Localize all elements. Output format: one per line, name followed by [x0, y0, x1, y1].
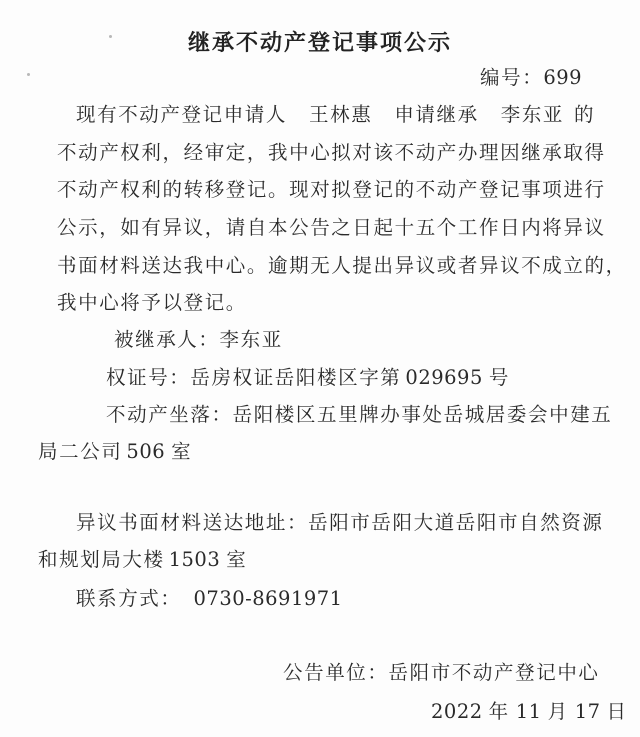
body-line-6: 我中心将予以登记。: [57, 291, 247, 315]
serial-number: 编号：699: [480, 66, 582, 90]
certificate-label: 权证号：: [106, 366, 190, 389]
location-line1: 岳阳楼区五里牌办事处岳城居委会中建五: [233, 403, 613, 426]
date-year: 2022: [431, 700, 483, 723]
location-room: 506: [126, 440, 165, 463]
date-year-unit: 年: [489, 700, 510, 723]
issuer-label: 公告单位：: [283, 661, 389, 684]
contact-label: 联系方式：: [76, 587, 182, 610]
contact-info: 联系方式：0730-8691971: [76, 587, 343, 611]
body-line1-mid: 申请继承: [394, 103, 478, 126]
certificate-suffix: 号: [489, 366, 510, 389]
date-month: 11: [516, 700, 542, 723]
notice-page: 继承不动产登记事项公示 编号：699 现有不动产登记申请人王林惠申请继承李东亚的…: [0, 0, 640, 737]
address-line2-prefix: 和规划局大楼: [38, 548, 165, 571]
body-line-1: 现有不动产登记申请人王林惠申请继承李东亚的: [76, 103, 595, 127]
location-line2-prefix: 局二公司: [38, 440, 122, 463]
decedent-value: 李东亚: [220, 328, 283, 351]
address-line1: 岳阳市岳阳大道岳阳市自然资源: [308, 511, 603, 534]
address-label: 异议书面材料送达地址：: [76, 511, 308, 534]
issuer-name: 岳阳市不动产登记中心: [389, 661, 600, 684]
body-line-5: 书面材料送达我中心。逾期无人提出异议或者异议不成立的，: [57, 254, 627, 278]
body-line-4: 公示，如有异议，请自本公告之日起十五个工作日内将异议: [57, 216, 606, 240]
scan-speck: [27, 73, 30, 76]
date-month-unit: 月: [548, 700, 569, 723]
objection-address: 异议书面材料送达地址：岳阳市岳阳大道岳阳市自然资源: [76, 511, 604, 535]
contact-phone: 0730-8691971: [194, 587, 343, 610]
field-certificate: 权证号：岳房权证岳阳楼区字第029695号: [106, 366, 510, 390]
serial-value: 699: [543, 66, 582, 89]
body-line-3: 不动产权利的转移登记。现对拟登记的不动产登记事项进行: [57, 178, 606, 202]
document-title: 继承不动产登记事项公示: [0, 26, 640, 57]
decedent-name: 李东亚: [501, 103, 564, 126]
address-line2-suffix: 室: [226, 548, 247, 571]
address-room: 1503: [169, 548, 221, 571]
objection-address-cont: 和规划局大楼1503室: [38, 548, 247, 572]
certificate-number: 029695: [405, 366, 482, 389]
location-line2-suffix: 室: [171, 440, 192, 463]
issuer: 公告单位：岳阳市不动产登记中心: [283, 661, 600, 685]
body-line1-suffix: 的: [574, 103, 595, 126]
field-decedent: 被继承人：李东亚: [114, 328, 283, 352]
serial-label: 编号：: [480, 66, 543, 89]
certificate-prefix: 岳房权证岳阳楼区字第: [190, 366, 401, 389]
applicant-name: 王林惠: [309, 103, 372, 126]
location-label: 不动产坐落：: [106, 403, 233, 426]
date-day: 17: [575, 700, 601, 723]
body-line1-prefix: 现有不动产登记申请人: [76, 103, 287, 126]
field-location: 不动产坐落：岳阳楼区五里牌办事处岳城居委会中建五: [106, 403, 612, 427]
date-day-unit: 日: [607, 700, 628, 723]
decedent-label: 被继承人：: [114, 328, 220, 351]
field-location-cont: 局二公司506室: [38, 440, 192, 464]
body-line-2: 不动产权利，经审定，我中心拟对该不动产办理因继承取得: [57, 141, 606, 165]
issue-date: 2022年11月17日: [431, 700, 628, 724]
